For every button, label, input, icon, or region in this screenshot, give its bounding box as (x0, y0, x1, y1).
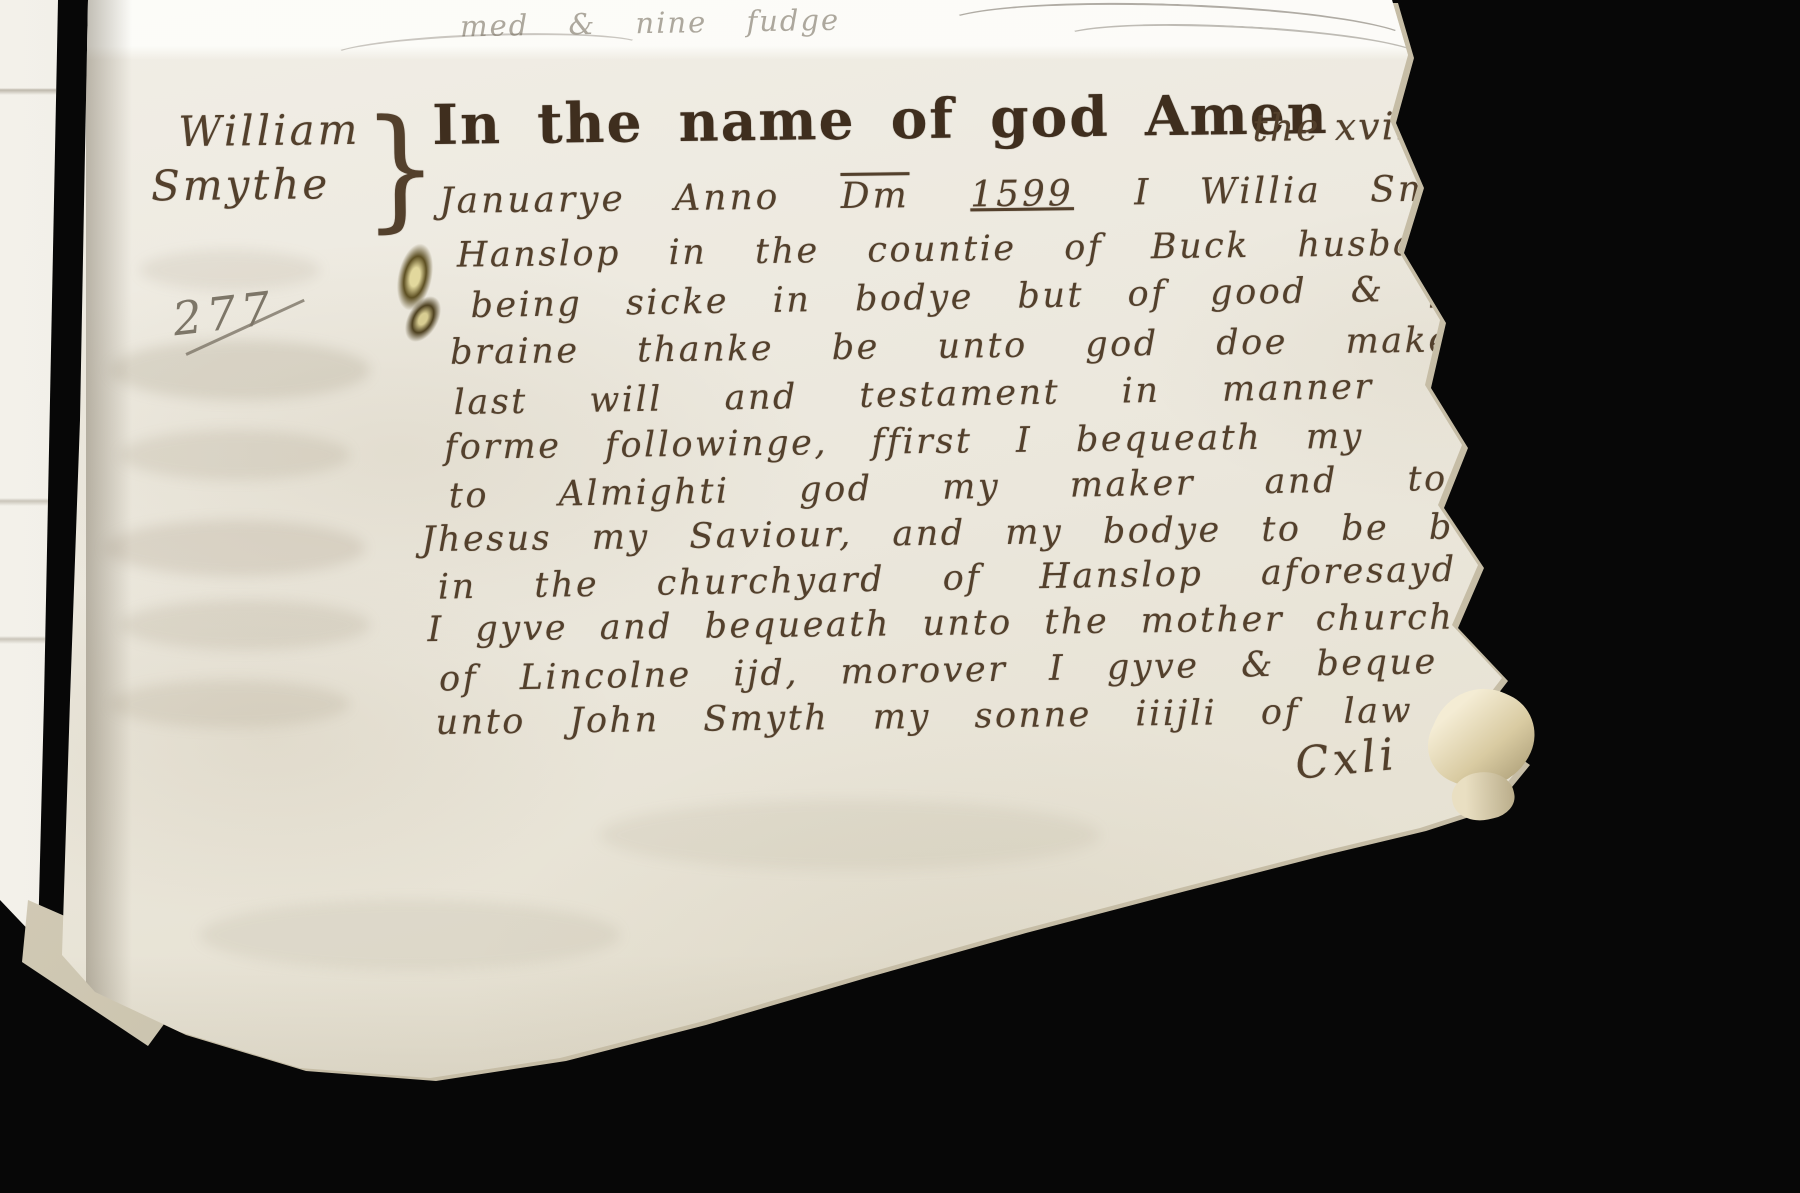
date-line-post: I Willia Smy (1134, 168, 1459, 213)
margin-testator-name-line2: Smythe (151, 159, 331, 210)
margin-brace: } (362, 90, 439, 245)
will-body-line: braine thanke be unto god doe make (450, 321, 1452, 373)
manuscript-paper: med & nine fudge William Smythe } 277 In… (0, 0, 1800, 1193)
margin-testator-name-line1: William (178, 105, 361, 156)
date-line-anno-domini: Dm (840, 175, 909, 217)
will-body-line: Hanslop in the countie of Buck husba (457, 224, 1417, 276)
will-body-line: forme followinge, ffirst I bequeath my (444, 417, 1364, 468)
will-body-line: unto John Smyth my sonne iiijli of law (435, 691, 1413, 743)
date-line-pre: Januarye Anno (439, 177, 781, 222)
handwriting-layer: William Smythe } 277 In the name of god … (0, 0, 1800, 1193)
will-body-line: being sicke in bodye but of good & pf (470, 269, 1469, 326)
will-heading: In the name of god Amen (432, 81, 1329, 157)
photo-stage: med & nine fudge William Smythe } 277 In… (0, 0, 1800, 1193)
will-body-line: I gyve and bequeath unto the mother chur… (427, 598, 1454, 651)
will-date-line: Januarye Anno Dm 1599 I Willia Smy (439, 168, 1471, 222)
will-body-line: to Almighti god my maker and to (449, 459, 1448, 516)
closing-value-mark: Cxli (1293, 729, 1400, 790)
date-line-year: 1599 (970, 173, 1074, 215)
will-body-line: last will and testament in manner (453, 367, 1374, 423)
will-body-line: of Lincolne ijd, morover I gyve & beque (439, 642, 1438, 699)
